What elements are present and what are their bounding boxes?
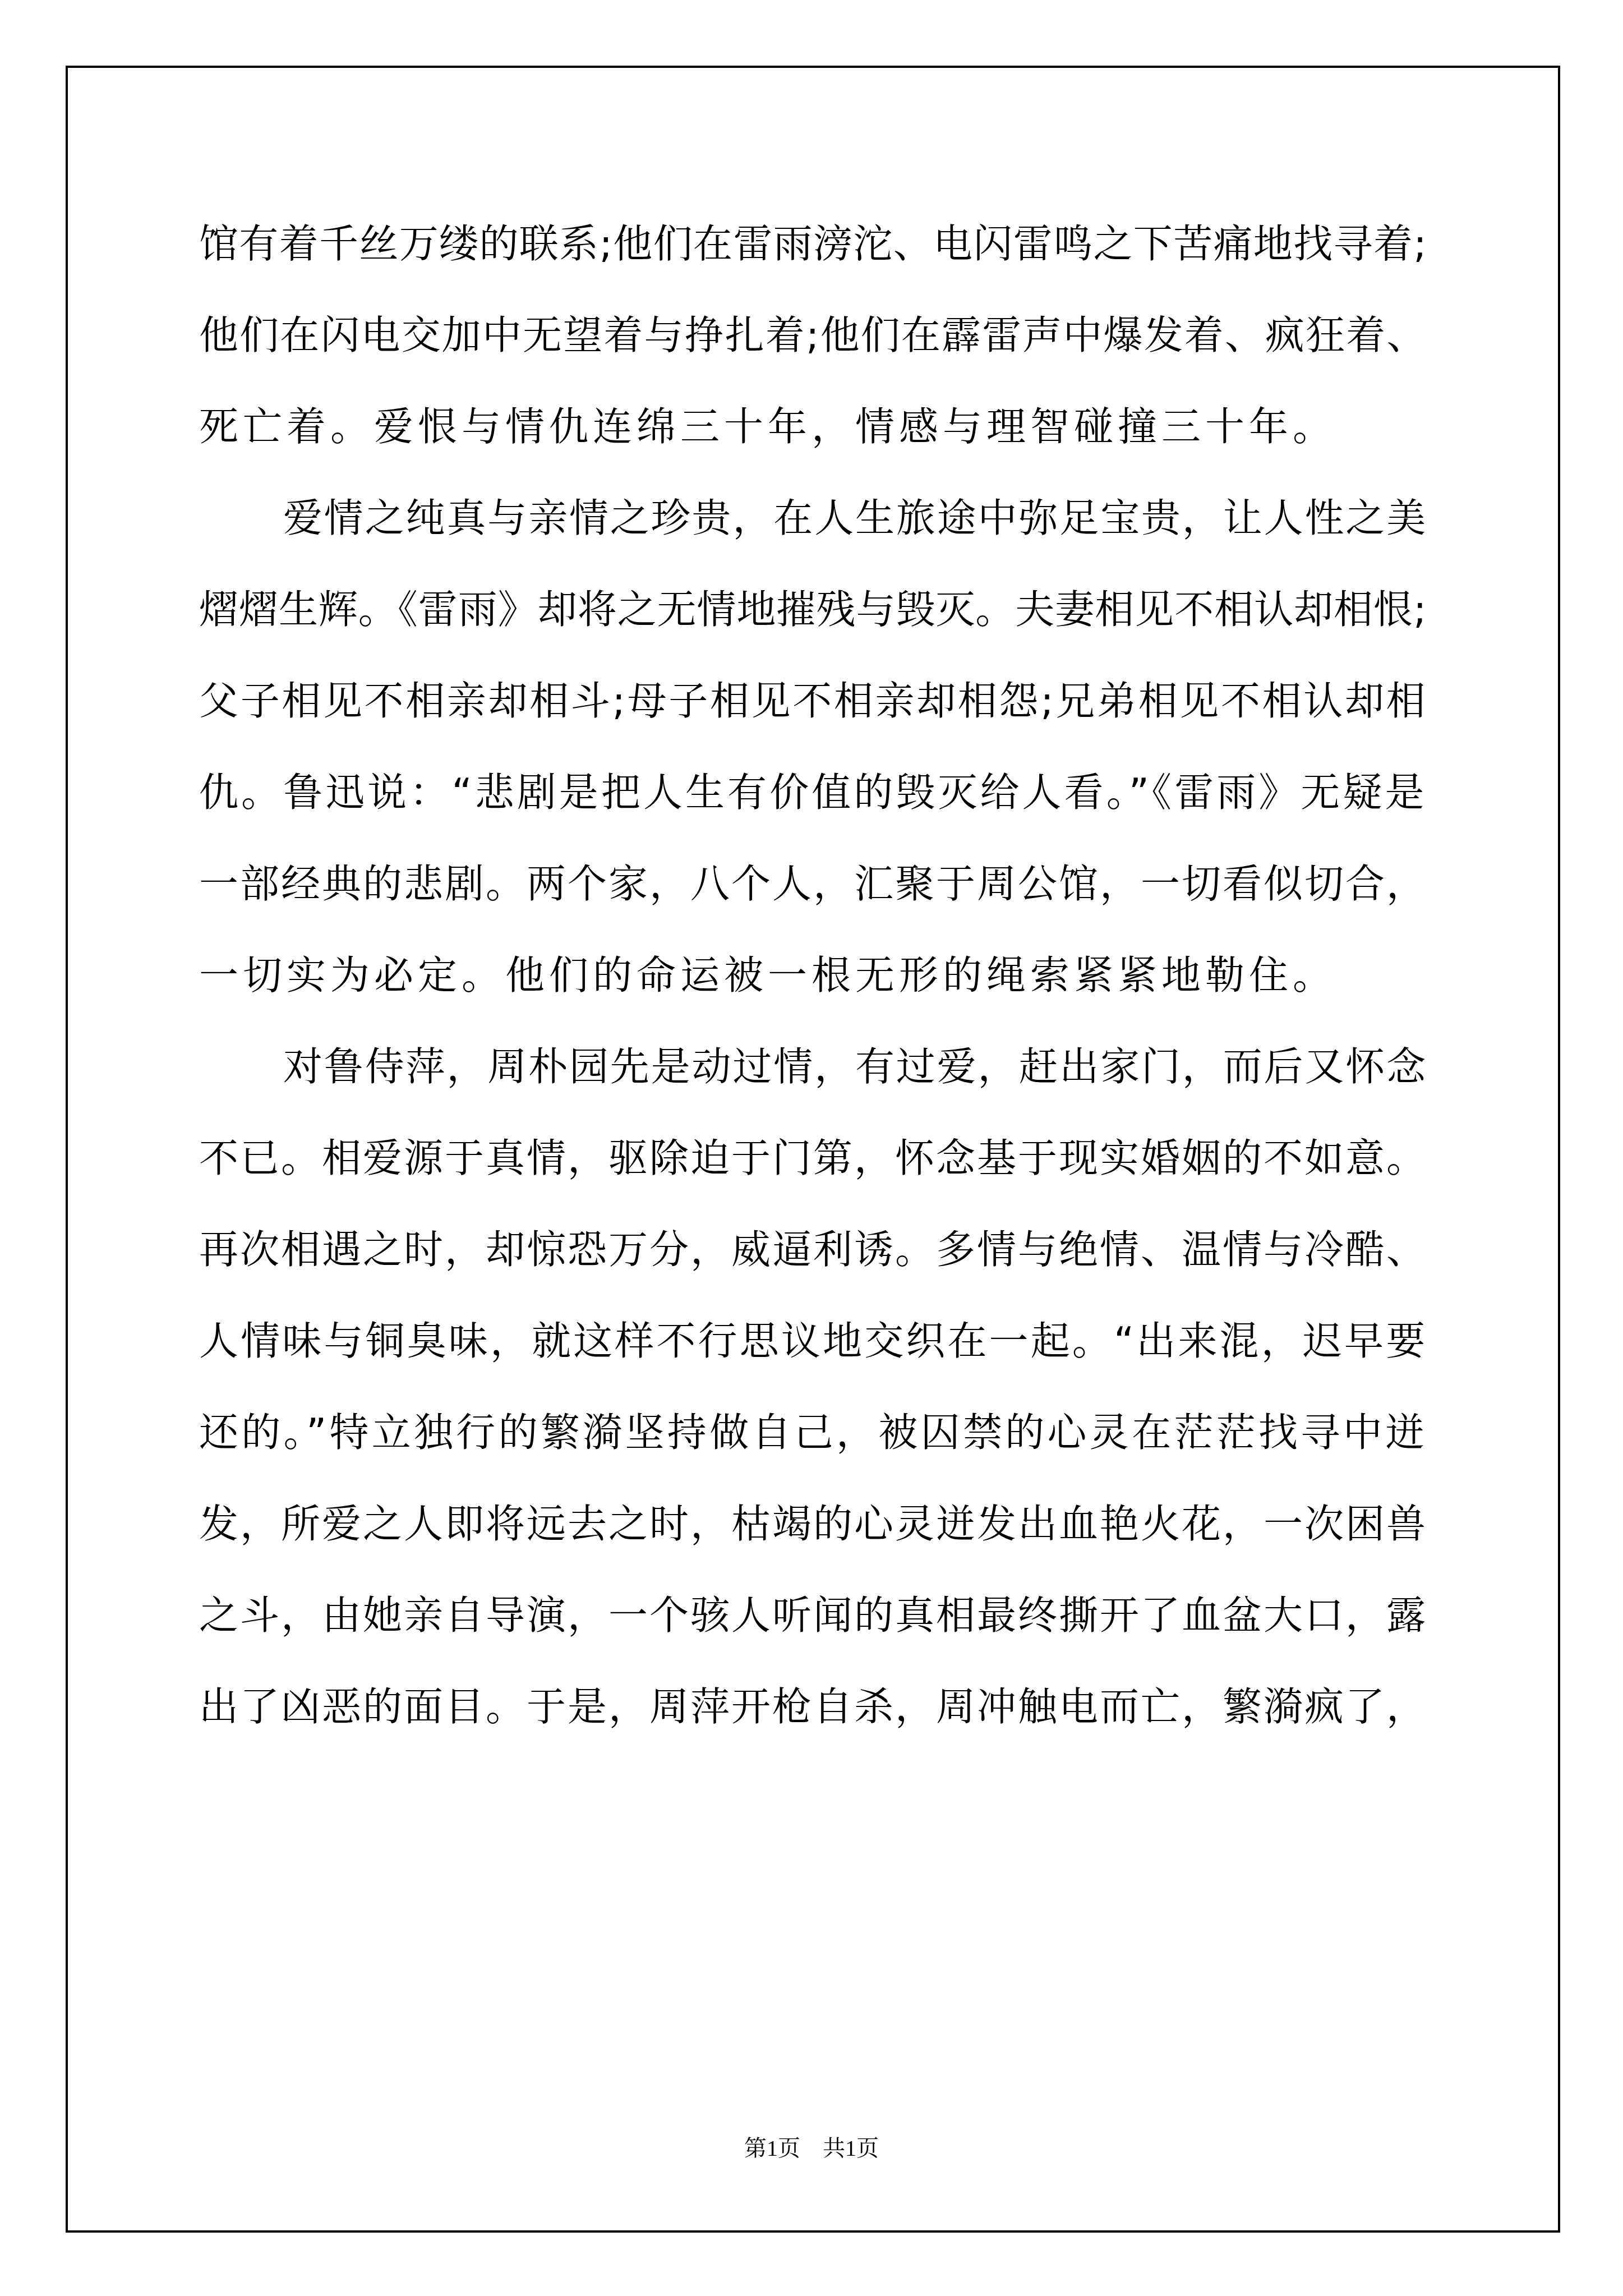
text-line: 馆有着千丝万缕的联系;他们在雷雨滂沱、电闪雷鸣之下苦痛地找寻着; <box>199 224 1427 264</box>
text-line: 出了凶恶的面目。于是，周萍开枪自杀，周冲触电而亡，繁漪疯了， <box>199 1687 1427 1727</box>
paragraph-start-line: 对鲁侍萍，周朴园先是动过情，有过爱，赶出家门，而后又怀念 <box>199 1047 1427 1087</box>
text-line: 熠熠生辉。《雷雨》却将之无情地摧残与毁灭。夫妻相见不相认却相恨; <box>199 590 1427 629</box>
text-line: 发，所爱之人即将远去之时，枯竭的心灵迸发出血艳火花，一次困兽 <box>199 1504 1427 1544</box>
text-line: 仇。鲁迅说：“悲剧是把人生有价值的毁灭给人看。”《雷雨》无疑是 <box>199 773 1427 812</box>
text-line: 父子相见不相亲却相斗;母子相见不相亲却相怨;兄弟相见不相认却相 <box>199 682 1427 721</box>
text-line: 再次相遇之时，却惊恐万分，威逼利诱。多情与绝情、温情与冷酷、 <box>199 1230 1427 1269</box>
text-line: 还的。”特立独行的繁漪坚持做自己，被囚禁的心灵在茫茫找寻中迸 <box>199 1413 1427 1452</box>
text-line: 人情味与铜臭味，就这样不行思议地交织在一起。“出来混，迟早要 <box>199 1322 1427 1361</box>
paragraph-start-line: 爱情之纯真与亲情之珍贵，在人生旅途中弥足宝贵，让人性之美 <box>199 499 1427 538</box>
text-line: 之斗，由她亲自导演，一个骇人听闻的真相最终撕开了血盆大口，露 <box>199 1596 1427 1635</box>
document-body: 馆有着千丝万缕的联系;他们在雷雨滂沱、电闪雷鸣之下苦痛地找寻着; 他们在闪电交加… <box>199 224 1427 1779</box>
page-number-footer: 第1页 共1页 <box>0 2131 1623 2162</box>
text-line: 死亡着。爱恨与情仇连绵三十年，情感与理智碰撞三十年。 <box>199 407 1427 447</box>
text-line: 不已。相爱源于真情，驱除迫于门第，怀念基于现实婚姻的不如意。 <box>199 1139 1427 1178</box>
text-line: 他们在闪电交加中无望着与挣扎着;他们在霹雷声中爆发着、疯狂着、 <box>199 316 1427 355</box>
text-line: 一部经典的悲剧。两个家，八个人，汇聚于周公馆，一切看似切合， <box>199 864 1427 904</box>
text-line: 一切实为必定。他们的命运被一根无形的绳索紧紧地勒住。 <box>199 956 1427 995</box>
